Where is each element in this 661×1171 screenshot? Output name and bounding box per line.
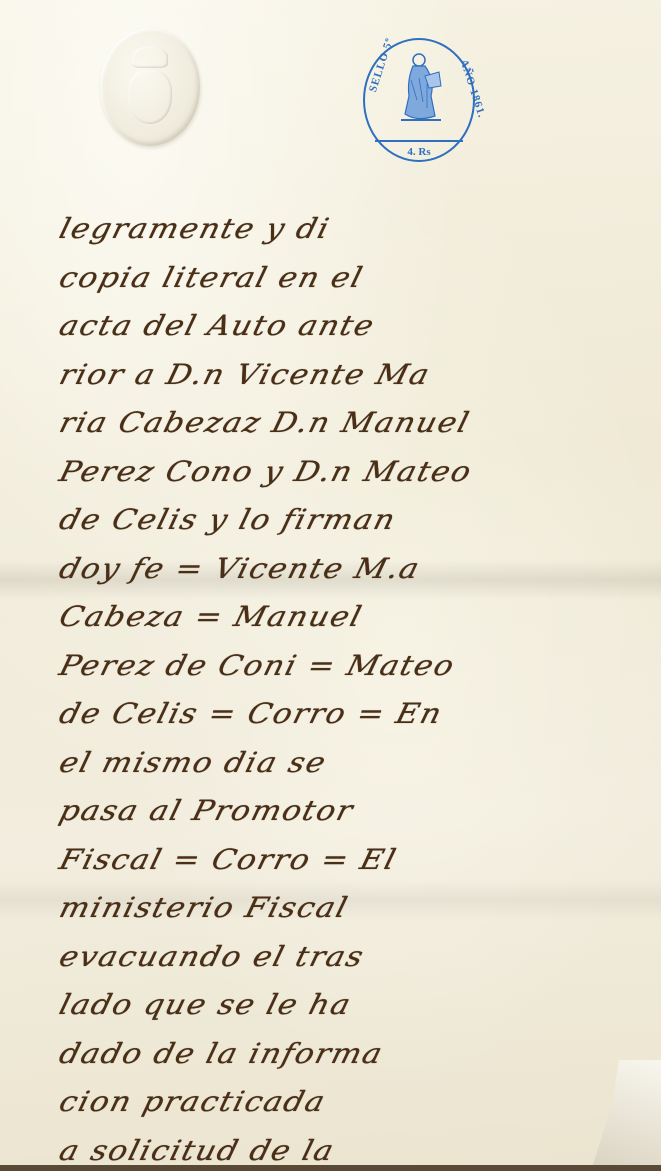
document-page: SELLO 5º AÑO 1861. 4. Rs legramente y di… — [0, 0, 661, 1171]
embossed-seal-icon — [100, 28, 200, 146]
stamp-baseline — [375, 140, 463, 142]
text-line: legramente y di — [55, 207, 646, 251]
text-line: Perez Cono y D.n Mateo — [55, 450, 646, 494]
handwritten-text: legramente y di copia literal en el acta… — [60, 205, 640, 1171]
shield-icon — [128, 70, 172, 124]
text-line: ria Cabezaz D.n Manuel — [55, 401, 646, 445]
text-line: Perez de Coni = Mateo — [55, 644, 646, 688]
text-line: acta del Auto ante — [55, 304, 646, 348]
stamp-value: 4. Rs — [365, 146, 473, 158]
tax-stamp: SELLO 5º AÑO 1861. 4. Rs — [363, 38, 475, 162]
text-line: doy fe = Vicente M.a — [55, 547, 646, 591]
stamp-left-text: SELLO 5º — [367, 36, 396, 94]
text-line: Cabeza = Manuel — [55, 595, 646, 639]
text-line: de Celis y lo firman — [55, 498, 646, 542]
stamp-right-text: AÑO 1861. — [458, 58, 488, 120]
text-line: Fiscal = Corro = El — [55, 838, 646, 882]
text-line: ministerio Fiscal — [55, 886, 646, 930]
crown-icon — [132, 46, 168, 68]
text-line: rior a D.n Vicente Ma — [55, 353, 646, 397]
text-line: dado de la informa — [55, 1032, 646, 1076]
text-line: cion practicada — [55, 1080, 646, 1124]
text-line: lado que se le ha — [55, 983, 646, 1027]
text-line: el mismo dia se — [55, 741, 646, 785]
text-line: pasa al Promotor — [55, 789, 646, 833]
text-line: a solicitud de la — [55, 1129, 646, 1171]
text-line: de Celis = Corro = En — [55, 692, 646, 736]
seated-allegorical-figure-icon — [397, 50, 443, 130]
text-line: evacuando el tras — [55, 935, 646, 979]
text-line: copia literal en el — [55, 256, 646, 300]
